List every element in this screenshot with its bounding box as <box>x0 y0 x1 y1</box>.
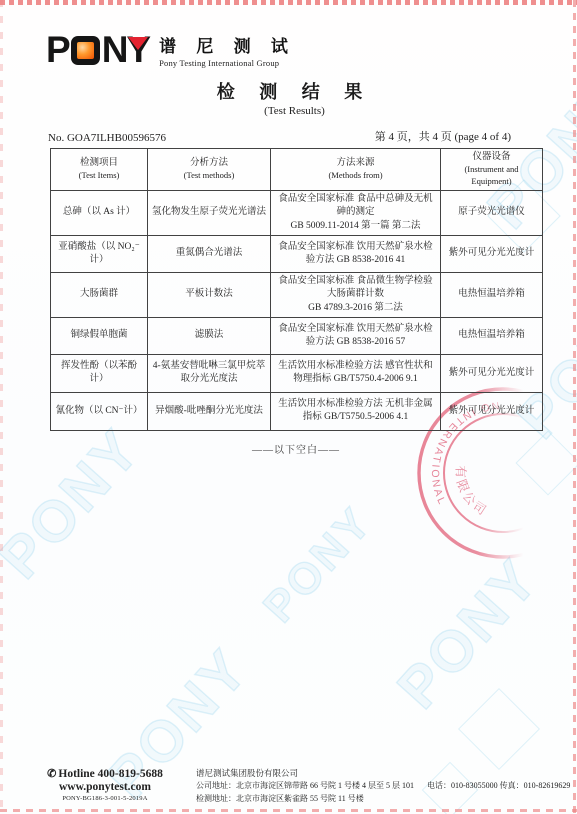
test-item-cell: 铜绿假单胞菌 <box>51 317 148 354</box>
brand-block: 谱 尼 测 试 Pony Testing International Group <box>159 30 296 68</box>
blank-below-note: ——以下空白—— <box>50 441 542 456</box>
pony-watermark: PONY <box>254 497 383 632</box>
method-source-cell: 食品安全国家标准 食品微生物学检验 大肠菌群计数 GB 4789.3-2016 … <box>271 272 441 317</box>
phone-icon: ✆ <box>47 768 56 780</box>
test-item-cell: 大肠菌群 <box>51 272 148 317</box>
instrument-cell: 电热恒温培养箱 <box>441 317 543 354</box>
brand-name-cn: 谱 尼 测 试 <box>159 32 296 57</box>
testing-address: 检测地址：北京市海淀区紫雀路 55 号院 11 号楼 <box>196 793 570 805</box>
test-item-cell: 亚硝酸盐（以 NO₂⁻计） <box>51 235 148 272</box>
method-source-cell: 食品安全国家标准 饮用天然矿泉水检验方法 GB 8538-2016 57 <box>271 317 441 354</box>
phone-fax: 电话：010-83055000 传真：010-82619629 <box>427 780 570 792</box>
logo-o-mark-icon <box>71 36 100 65</box>
column-header-methods-from: 方法来源(Methods from) <box>271 149 441 191</box>
table-row: 氰化物（以 CN⁻计） 异烟酸-吡唑酮分光光度法 生活饮用水标准检验方法 无机非… <box>51 392 543 430</box>
instrument-cell: 紫外可见分光光度计 <box>441 235 543 272</box>
test-item-cell: 总砷（以 As 计） <box>51 191 148 236</box>
table-row: 大肠菌群 平板计数法 食品安全国家标准 食品微生物学检验 大肠菌群计数 GB 4… <box>51 272 543 317</box>
company-name: 谱尼测试集团股份有限公司 <box>196 767 570 780</box>
pony-logo: P N Y <box>46 30 149 70</box>
page-indicator: 第 4 页，共 4 页 (page 4 of 4) <box>375 128 511 144</box>
column-header-test-methods: 分析方法(Test methods) <box>148 149 271 191</box>
test-item-cell: 挥发性酚（以苯酚计） <box>51 354 148 392</box>
footer-address-block: 谱尼测试集团股份有限公司 公司地址：北京市海淀区锦带路 66 号院 1 号楼 4… <box>196 767 570 805</box>
column-header-instrument: 仪器设备(Instrument and Equipment) <box>441 149 543 191</box>
instrument-cell: 紫外可见分光光度计 <box>441 392 543 430</box>
diamond-watermark <box>458 688 540 770</box>
logo-letter-y: Y <box>126 31 149 69</box>
test-method-cell: 滤膜法 <box>148 317 271 354</box>
logo-letter-n: N <box>102 31 127 69</box>
page-subtitle: (Test Results) <box>46 105 543 117</box>
test-method-cell: 异烟酸-吡唑酮分光光度法 <box>148 392 271 430</box>
scanned-test-report-page: PONY PONY PONY PONY PONY PONY P N Y 谱 尼 … <box>0 0 577 814</box>
test-method-cell: 平板计数法 <box>148 272 271 317</box>
test-results-table: 检测项目(Test Items) 分析方法(Test methods) 方法来源… <box>50 148 543 431</box>
method-source-cell: 生活饮用水标准检验方法 无机非金属指标 GB/T5750.5-2006 4.1 <box>271 392 441 430</box>
red-triangle-icon <box>128 37 148 50</box>
company-address: 公司地址：北京市海淀区锦带路 66 号院 1 号楼 4 层至 5 层 101 <box>196 780 414 792</box>
test-item-cell: 氰化物（以 CN⁻计） <box>51 392 148 430</box>
form-code: PONY-BG186-3-001-5-2019A <box>26 795 184 802</box>
method-source-cell: 食品安全国家标准 饮用天然矿泉水检验方法 GB 8538-2016 41 <box>271 235 441 272</box>
column-header-test-items: 检测项目(Test Items) <box>51 149 148 191</box>
report-footer: ✆Hotline 400-819-5688 www.ponytest.com P… <box>26 767 561 805</box>
test-method-cell: 氢化物发生原子荧光光谱法 <box>148 191 271 236</box>
test-method-cell: 4-氨基安替吡啉三氯甲烷萃取分光光度法 <box>148 354 271 392</box>
report-number: No. GOA7ILHB00596576 <box>48 132 166 144</box>
website-link: www.ponytest.com <box>26 781 184 793</box>
brand-name-en: Pony Testing International Group <box>159 58 296 68</box>
page-edge-bottom <box>0 809 577 812</box>
instrument-cell: 原子荧光光谱仪 <box>441 191 543 236</box>
test-method-cell: 重氮偶合光谱法 <box>148 235 271 272</box>
table-row: 挥发性酚（以苯酚计） 4-氨基安替吡啉三氯甲烷萃取分光光度法 生活饮用水标准检验… <box>51 354 543 392</box>
page-title: 检 测 结 果 <box>46 78 543 104</box>
method-source-cell: 食品安全国家标准 食品中总砷及无机砷的测定 GB 5009.11-2014 第一… <box>271 191 441 236</box>
logo-letter-p: P <box>46 31 69 69</box>
report-header: P N Y 谱 尼 测 试 Pony Testing International… <box>0 0 577 144</box>
hotline-number: Hotline 400-819-5688 <box>58 768 162 780</box>
instrument-cell: 紫外可见分光光度计 <box>441 354 543 392</box>
table-row: 亚硝酸盐（以 NO₂⁻计） 重氮偶合光谱法 食品安全国家标准 饮用天然矿泉水检验… <box>51 235 543 272</box>
instrument-cell: 电热恒温培养箱 <box>441 272 543 317</box>
table-header-row: 检测项目(Test Items) 分析方法(Test methods) 方法来源… <box>51 149 543 191</box>
method-source-cell: 生活饮用水标准检验方法 感官性状和物理指标 GB/T5750.4-2006 9.… <box>271 354 441 392</box>
footer-contact-block: ✆Hotline 400-819-5688 www.ponytest.com P… <box>26 767 184 805</box>
table-row: 总砷（以 As 计） 氢化物发生原子荧光光谱法 食品安全国家标准 食品中总砷及无… <box>51 191 543 236</box>
table-row: 铜绿假单胞菌 滤膜法 食品安全国家标准 饮用天然矿泉水检验方法 GB 8538-… <box>51 317 543 354</box>
